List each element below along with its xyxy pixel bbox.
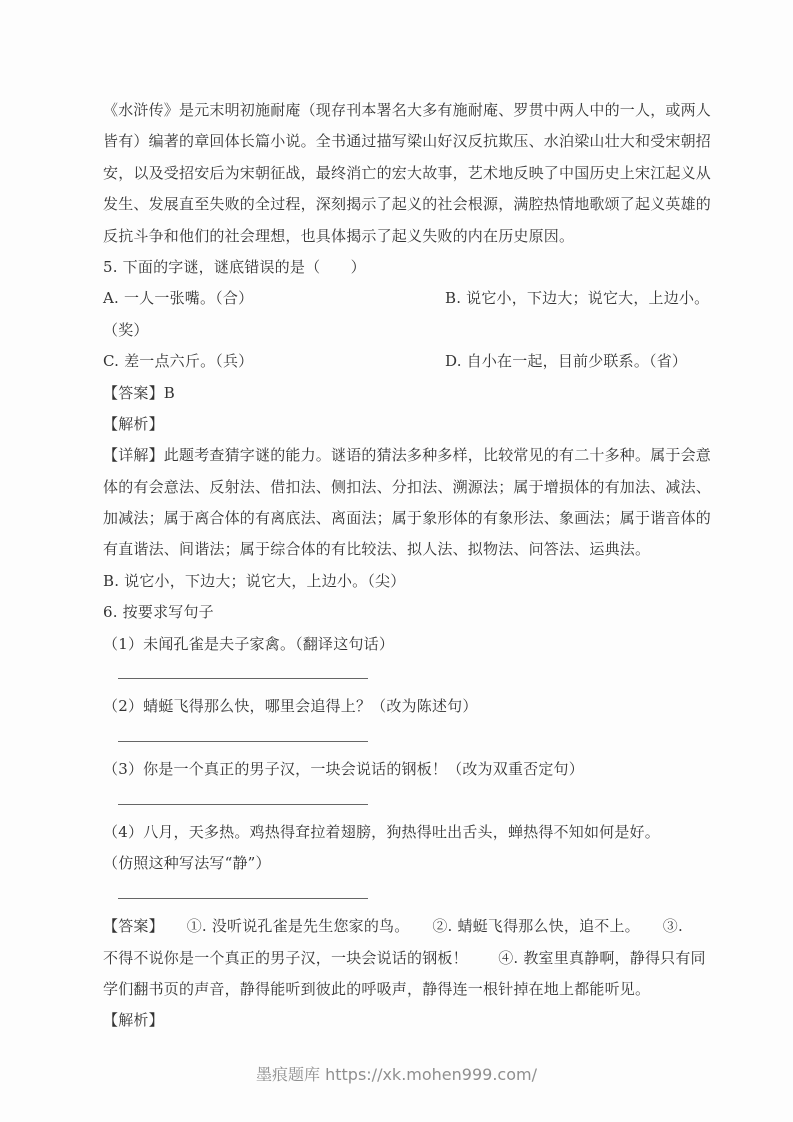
question-5-answer: 【答案】B — [103, 378, 697, 409]
document-content: 《水浒传》是元末明初施耐庵（现存刊本署名大多有施耐庵、罗贯中两人中的一人，或两人… — [103, 95, 697, 1037]
question-5-analysis-label: 【解析】 — [103, 409, 697, 440]
document-page: 《水浒传》是元末明初施耐庵（现存刊本署名大多有施耐庵、罗贯中两人中的一人，或两人… — [0, 0, 793, 1122]
question-5-option-b: B. 说它小，下边大；说它大，上边小。 — [445, 283, 709, 314]
answer-blank-row-4 — [103, 880, 697, 911]
intro-paragraph-line: 《水浒传》是元末明初施耐庵（现存刊本署名大多有施耐庵、罗贯中两人中的一人，或两人 — [103, 95, 697, 126]
answer-blank-row-2 — [103, 723, 697, 754]
question-5-detail-line: 体的有会意法、反射法、借扣法、侧扣法、分扣法、溯源法；属于增损体的有加法、减法、 — [103, 472, 697, 503]
question-6-item-4: （4）八月，天多热。鸡热得耷拉着翅膀，狗热得吐出舌头，蝉热得不知如何是好。 — [103, 817, 697, 848]
intro-paragraph-line: 反抗斗争和他们的社会理想，也具体揭示了起义失败的内在历史原因。 — [103, 221, 697, 252]
question-5-detail-line: 加减法；属于离合体的有离底法、离面法；属于象形体的有象形法、象画法；属于谐音体的 — [103, 503, 697, 534]
answer-blank-line — [118, 660, 368, 679]
question-6-title: 6. 按要求写句子 — [103, 597, 697, 628]
question-5-options-row-1: A. 一人一张嘴。（合） B. 说它小，下边大；说它大，上边小。 — [103, 283, 697, 314]
answer-blank-line — [118, 880, 368, 899]
site-watermark: 墨痕题库 https://xk.mohen999.com/ — [0, 1064, 793, 1086]
answer-blank-row-3 — [103, 786, 697, 817]
intro-paragraph-line: 皆有）编著的章回体长篇小说。全书通过描写梁山好汉反抗欺压、水泊梁山壮大和受宋朝招 — [103, 126, 697, 157]
question-6-item-2: （2）蜻蜓飞得那么快，哪里会追得上？（改为陈述句） — [103, 691, 697, 722]
answer-blank-line — [118, 723, 368, 742]
intro-paragraph-line: 安，以及受招安后为宋朝征战，最终消亡的宏大故事，艺术地反映了中国历史上宋江起义从 — [103, 158, 697, 189]
question-5-detail-line: 【详解】此题考查猜字谜的能力。谜语的猜法多种多样，比较常见的有二十多种。属于会意 — [103, 440, 697, 471]
answer-blank-line — [118, 786, 368, 805]
question-5-options-row-2: C. 差一点六斤。（兵） D. 自小在一起，目前少联系。（省） — [103, 346, 697, 377]
intro-paragraph-line: 发生、发展直至失败的全过程，深刻揭示了起义的社会根源，满腔热情地歌颂了起义英雄的 — [103, 189, 697, 220]
question-5-title: 5. 下面的字谜，谜底错误的是（ ） — [103, 252, 697, 283]
question-5-detail-line: 有直谐法、间谐法；属于综合体的有比较法、拟人法、拟物法、问答法、运典法。 — [103, 534, 697, 565]
question-5-option-c: C. 差一点六斤。（兵） — [103, 346, 445, 377]
question-6-item-3: （3）你是一个真正的男子汉，一块会说话的钢板！（改为双重否定句） — [103, 754, 697, 785]
question-5-detail-option-b: B. 说它小，下边大；说它大，上边小。（尖） — [103, 566, 697, 597]
question-5-option-d: D. 自小在一起，目前少联系。（省） — [445, 346, 697, 377]
answer-blank-row-1 — [103, 660, 697, 691]
question-5-option-a: A. 一人一张嘴。（合） — [103, 283, 445, 314]
question-6-item-4-note: （仿照这种写法写“静”） — [103, 848, 697, 879]
question-6-answer-line: 【答案】 ①. 没听说孔雀是先生您家的鸟。 ②. 蜻蜓飞得那么快，追不上。 ③. — [103, 911, 697, 942]
question-5-option-b-wrap: （奖） — [103, 315, 697, 346]
question-6-answer-line: 学们翻书页的声音，静得能听到彼此的呼吸声，静得连一根针掉在地上都能听见。 — [103, 974, 697, 1005]
question-6-answer-line: 不得不说你是一个真正的男子汉，一块会说话的钢板！ ④. 教室里真静啊，静得只有同 — [103, 943, 697, 974]
question-6-item-1: （1）未闻孔雀是夫子家禽。（翻译这句话） — [103, 629, 697, 660]
question-6-analysis-label: 【解析】 — [103, 1005, 697, 1036]
